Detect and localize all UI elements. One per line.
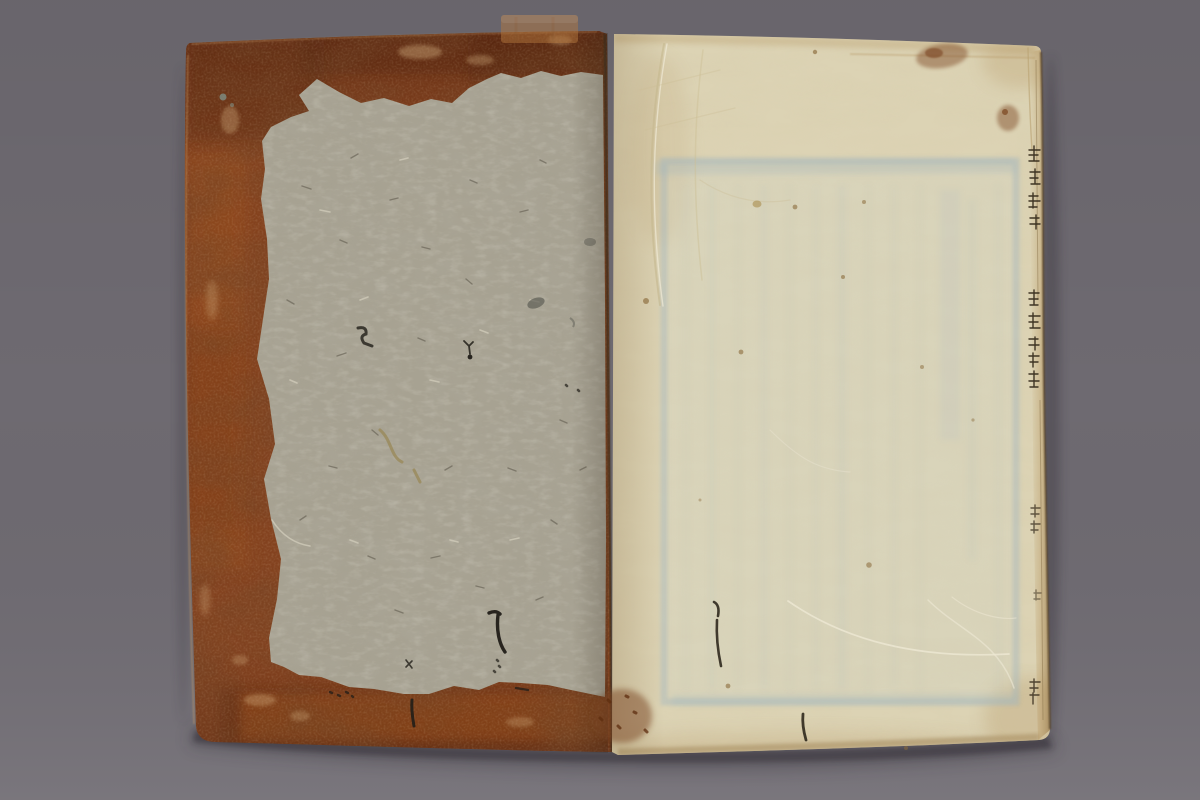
stain-corner-dot	[1002, 109, 1008, 115]
book-photo	[0, 0, 1200, 800]
ghost-bleedthrough	[655, 161, 1016, 702]
stain-top-core	[925, 48, 943, 58]
stain-gutter-bottom	[592, 689, 652, 743]
pastedown-paper	[220, 60, 611, 705]
tape	[501, 15, 578, 43]
right-page	[592, 28, 1080, 764]
left-cover	[180, 25, 620, 760]
teal-speck	[220, 94, 227, 101]
photo-stage	[0, 0, 1200, 800]
ink-dot	[468, 355, 473, 360]
stain-corner	[997, 105, 1019, 131]
tape-highlight	[501, 15, 578, 23]
stain-fox-large	[753, 201, 762, 208]
teal-speck-small	[230, 103, 234, 107]
pastedown-texture-light	[250, 60, 610, 705]
gutter-shade-cover	[572, 33, 608, 753]
